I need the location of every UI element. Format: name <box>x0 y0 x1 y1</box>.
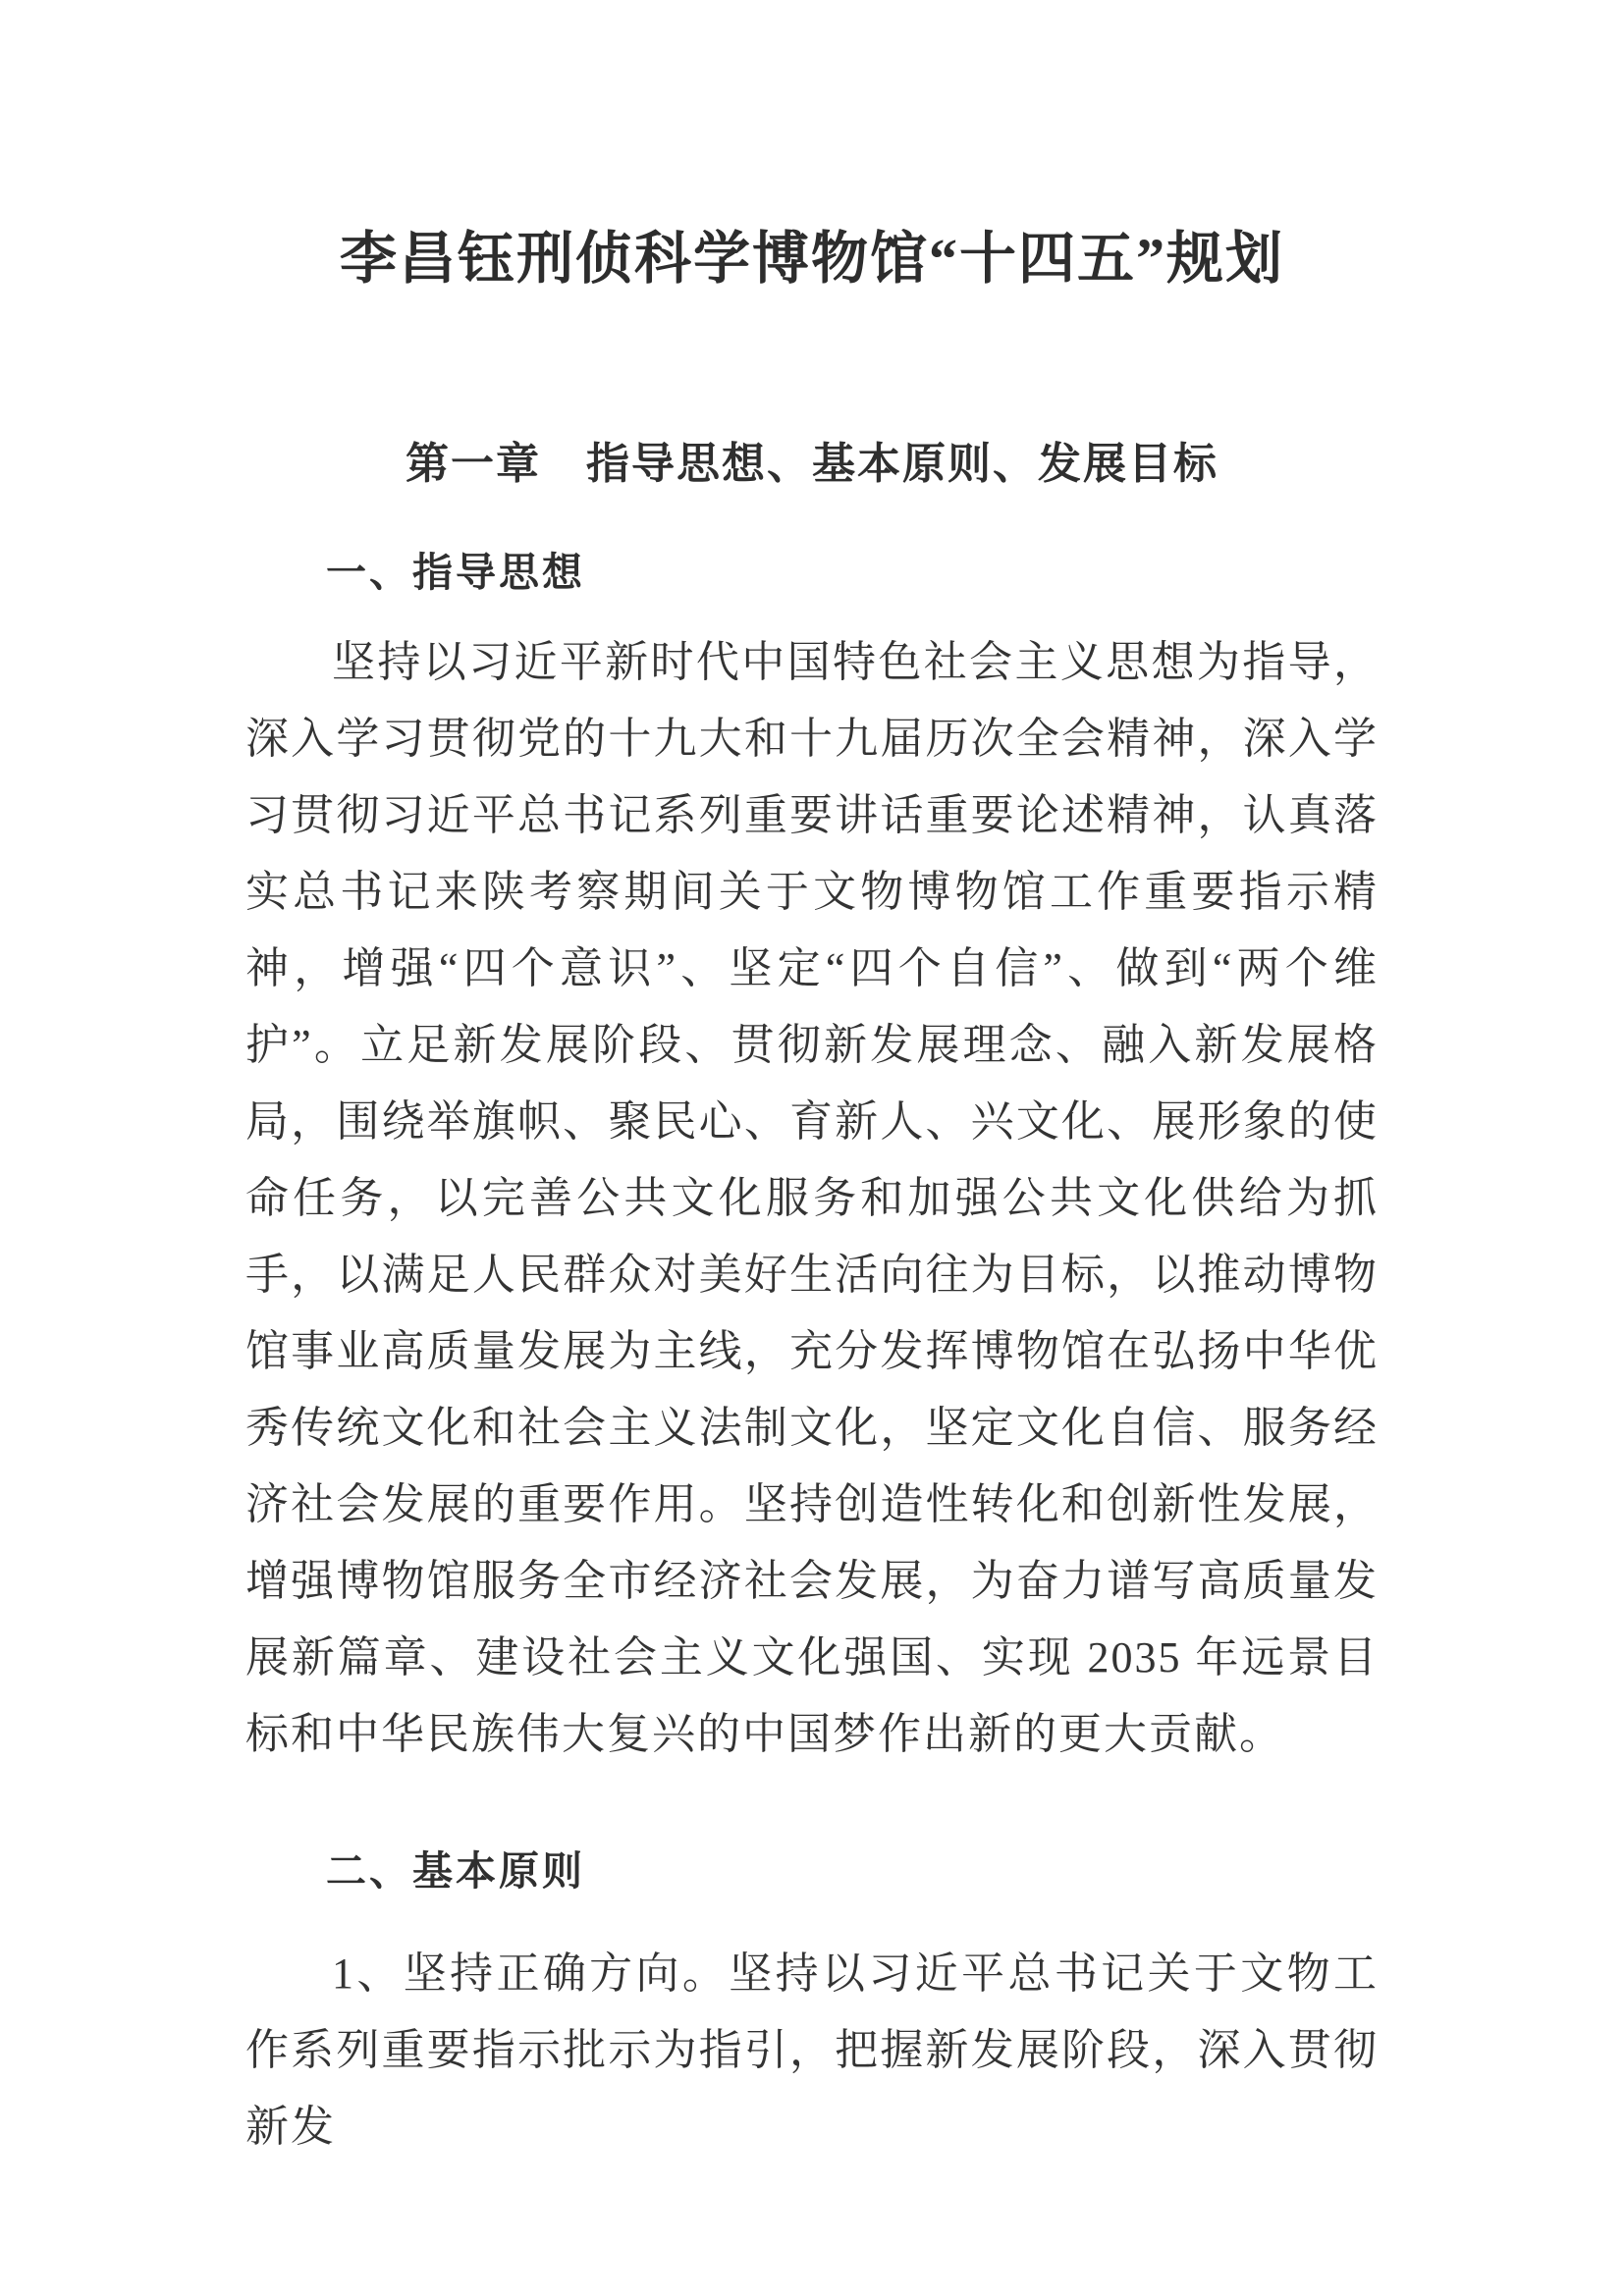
document-page: 李昌钰刑侦科学博物馆“十四五”规划 第一章 指导思想、基本原则、发展目标 一、指… <box>0 0 1624 2296</box>
paragraph-guiding-ideology: 坚持以习近平新时代中国特色社会主义思想为指导，深入学习贯彻党的十九大和十九届历次… <box>245 624 1379 1773</box>
section-heading-guiding-ideology: 一、指导思想 <box>245 549 1379 597</box>
section-heading-basic-principles: 二、基本原则 <box>245 1847 1379 1896</box>
chapter-1-heading: 第一章 指导思想、基本原则、发展目标 <box>245 439 1379 491</box>
paragraph-basic-principles: 1、坚持正确方向。坚持以习近平总书记关于文物工作系列重要指示批示为指引，把握新发… <box>245 1936 1379 2165</box>
document-title: 李昌钰刑侦科学博物馆“十四五”规划 <box>245 0 1379 295</box>
